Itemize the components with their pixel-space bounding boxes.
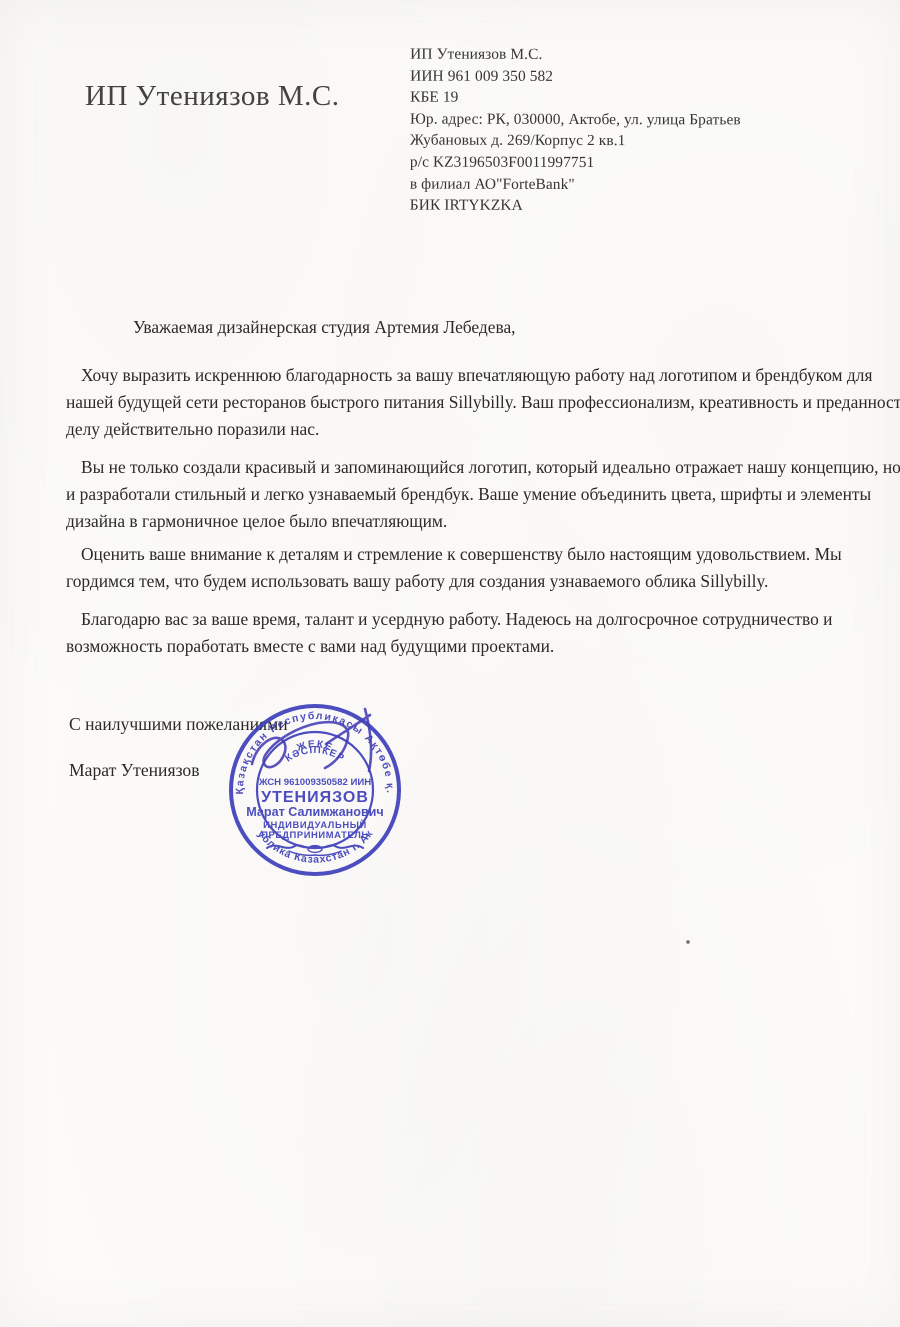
requisite-line: в филиал АО"ForteBank": [410, 173, 741, 195]
stamp-given-names: Марат Салимжанович: [246, 805, 384, 819]
company-requisites: ИП Утениязов М.С. ИИН 961 009 350 582 КБ…: [410, 44, 741, 218]
paragraph: Хочу выразить искреннюю благодарность за…: [66, 362, 900, 443]
requisite-line: Юр. адрес: РК, 030000, Актобе, ул. улица…: [410, 108, 741, 130]
stamp-entity-ru-line2: ПРЕДПРИНИМАТЕЛЬ: [261, 829, 369, 840]
requisite-line: р/с KZ3196503F0011997751: [410, 152, 741, 174]
handwritten-signature: [238, 700, 410, 796]
salutation: Уважаемая дизайнерская студия Артемия Ле…: [66, 314, 900, 341]
signature-graphic: [238, 700, 410, 796]
signer-name: Марат Утениязов: [69, 757, 200, 784]
requisite-line: ИИН 961 009 350 582: [410, 65, 741, 87]
page-title: ИП Утениязов М.С.: [85, 80, 339, 113]
letter-page: ИП Утениязов М.С. ИП Утениязов М.С. ИИН …: [0, 0, 900, 1327]
requisite-line: КБЕ 19: [410, 87, 741, 109]
paragraph: Благодарю вас за ваше время, талант и ус…: [66, 606, 900, 660]
requisite-line: БИК IRTYKZKA: [410, 195, 741, 217]
requisite-line: ИП Утениязов М.С.: [410, 44, 741, 66]
paragraph: Оценить ваше внимание к деталям и стремл…: [66, 541, 900, 595]
scan-speck-artifact: [686, 940, 690, 944]
requisite-line: Жубановых д. 269/Корпус 2 кв.1: [410, 130, 741, 152]
paragraph: Вы не только создали красивый и запомина…: [66, 454, 900, 535]
